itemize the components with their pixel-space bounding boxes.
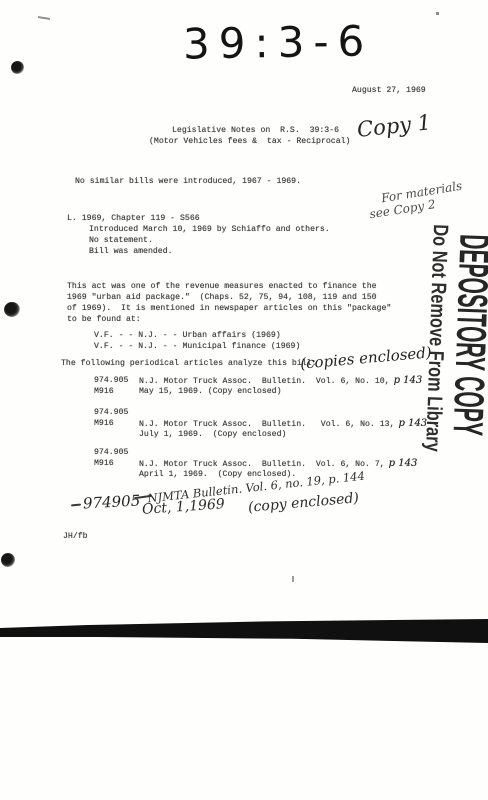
scan-speck — [436, 12, 439, 15]
law-amended-line: Bill was amended. — [89, 246, 173, 257]
scan-speck — [292, 576, 294, 582]
document-title-line2: (Motor Vehicles fees & tax - Reciprocal) — [149, 136, 350, 147]
law-chapter-line: L. 1969, Chapter 119 - S566 — [67, 213, 200, 224]
entry-date-line: July 1, 1969. (Copy enclosed) — [139, 429, 286, 440]
vf-reference-line: V.F. - - N.J. - - Municipal finance (196… — [94, 341, 300, 352]
vf-reference-line: V.F. - - N.J. - - Urban affairs (1969) — [94, 330, 281, 341]
entry-citation-text: N.J. Motor Truck Assoc. Bulletin. Vol. 6… — [139, 377, 390, 386]
entry-call-number: 974.905 — [94, 407, 128, 418]
typist-initials: JH/fb — [63, 531, 88, 542]
document-title-line1: Legislative Notes on R.S. 39:3-6 — [172, 125, 339, 136]
entry-call-number: M916 — [94, 418, 114, 429]
punch-hole-mark — [11, 61, 24, 74]
entry-citation-text: N.J. Motor Truck Assoc. Bulletin. Vol. 6… — [139, 420, 395, 429]
entry-call-number: M916 — [94, 458, 114, 469]
handwritten-materials-note: For materials see Copy 2 — [366, 179, 465, 222]
handwritten-copies-enclosed: (copies enclosed) — [299, 343, 432, 372]
punch-hole-mark — [1, 553, 15, 567]
handwritten-copy-number: Copy 1 — [356, 110, 432, 142]
handwritten-copy-enclosed: (copy enclosed) — [248, 490, 360, 516]
handwritten-page-number: p 143 — [394, 375, 423, 386]
handwritten-call-number: 974905 — [83, 492, 141, 513]
document-date: August 27, 1969 — [352, 85, 426, 96]
law-introduced-line: Introduced March 10, 1969 by Schiaffo an… — [89, 224, 330, 235]
entry-date-line: May 15, 1969. (Copy enclosed) — [139, 386, 282, 397]
pen-stroke — [71, 503, 81, 506]
entry-call-number: 974.905 — [94, 375, 128, 386]
paragraph-line: This act was one of the revenue measures… — [67, 281, 377, 292]
document-page: 39:3-6 August 27, 1969 Legislative Notes… — [0, 0, 488, 800]
paragraph-line: of 1969). It is mentioned in newspaper a… — [67, 303, 391, 314]
handwritten-statute-number: 39:3-6 — [183, 16, 374, 68]
scan-streak-artifact — [0, 616, 488, 646]
entry-citation-text: N.J. Motor Truck Assoc. Bulletin. Vol. 6… — [139, 460, 385, 469]
punch-hole-mark — [4, 302, 20, 317]
law-statement-line: No statement. — [89, 235, 153, 246]
paragraph-line: to be found at: — [67, 314, 141, 325]
entry-call-number: 974.905 — [94, 447, 128, 458]
entry-call-number: M916 — [94, 386, 114, 397]
periodicals-intro-line: The following periodical articles analyz… — [61, 358, 317, 369]
paragraph-line: 1969 "urban aid package." (Chaps. 52, 75… — [67, 292, 377, 303]
handwritten-page-number: p 143 — [389, 458, 418, 469]
pencil-dash-mark — [38, 16, 50, 20]
no-similar-bills-line: No similar bills were introduced, 1967 -… — [75, 176, 301, 187]
